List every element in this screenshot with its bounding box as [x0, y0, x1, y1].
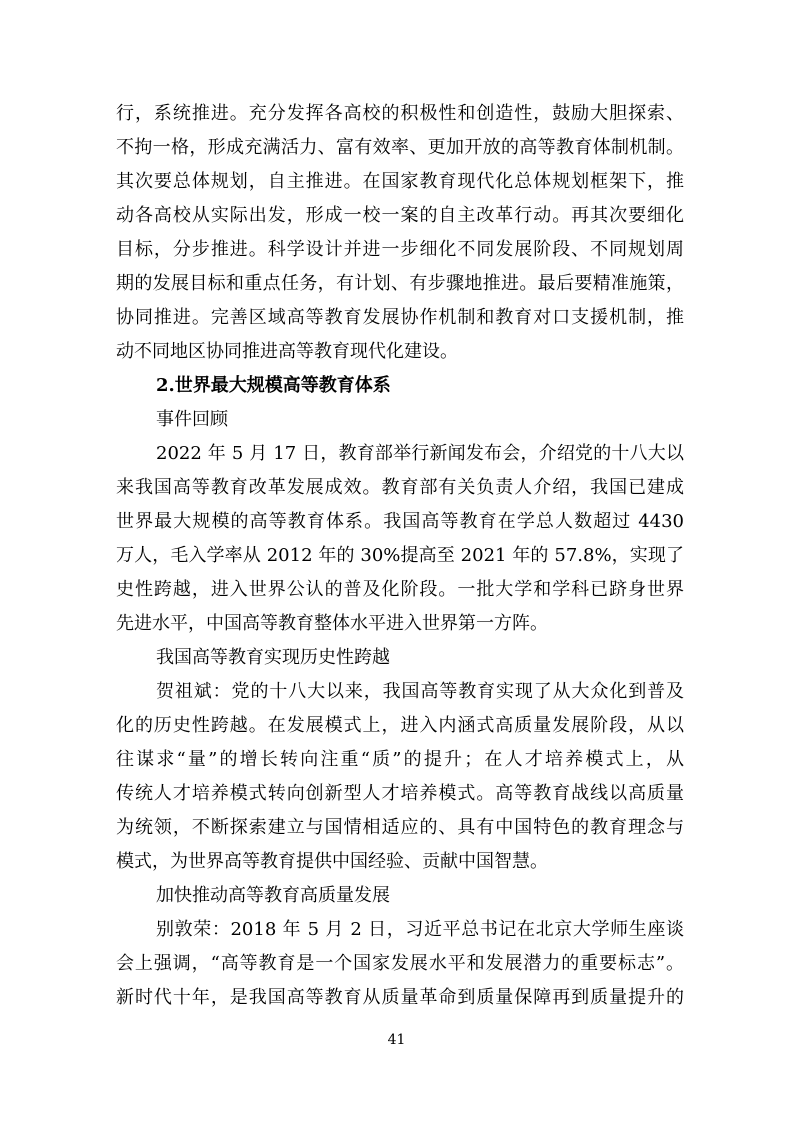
text-line: 往谋求“量”的增长转向注重“质”的提升；在人才培养模式上，从 [116, 743, 684, 777]
page-number: 41 [0, 1030, 793, 1050]
text-line: 期的发展目标和重点任务，有计划、有步骤地推进。最后要精准施策， [116, 267, 684, 301]
text-line: 贺祖斌：党的十八大以来，我国高等教育实现了从大众化到普及 [116, 675, 684, 709]
text-line: 事件回顾 [116, 403, 684, 437]
text-line: 为统领，不断探索建立与国情相适应的、具有中国特色的教育理念与 [116, 811, 684, 845]
text-line: 化的历史性跨越。在发展模式上，进入内涵式高质量发展阶段，从以 [116, 709, 684, 743]
text-line: 协同推进。完善区域高等教育发展协作机制和教育对口支援机制，推 [116, 301, 684, 335]
text-line: 2022 年 5 月 17 日，教育部举行新闻发布会，介绍党的十八大以 [116, 437, 684, 471]
text-line: 别敦荣：2018 年 5 月 2 日，习近平总书记在北京大学师生座谈 [116, 913, 684, 947]
text-line: 动各高校从实际出发，形成一校一案的自主改革行动。再其次要细化 [116, 199, 684, 233]
text-line: 动不同地区协同推进高等教育现代化建设。 [116, 335, 684, 369]
text-line: 史性跨越，进入世界公认的普及化阶段。一批大学和学科已跻身世界 [116, 573, 684, 607]
text-line: 行，系统推进。充分发挥各高校的积极性和创造性，鼓励大胆探索、 [116, 97, 684, 131]
text-line: 目标，分步推进。科学设计并进一步细化不同发展阶段、不同规划周 [116, 233, 684, 267]
text-line: 先进水平，中国高等教育整体水平进入世界第一方阵。 [116, 607, 684, 641]
text-line: 模式，为世界高等教育提供中国经验、贡献中国智慧。 [116, 845, 684, 879]
text-line: 传统人才培养模式转向创新型人才培养模式。高等教育战线以高质量 [116, 777, 684, 811]
page-content: 行，系统推进。充分发挥各高校的积极性和创造性，鼓励大胆探索、不拘一格，形成充满活… [116, 97, 684, 1015]
section-heading: 2.世界最大规模高等教育体系 [116, 369, 684, 403]
text-line: 世界最大规模的高等教育体系。我国高等教育在学总人数超过 4430 [116, 505, 684, 539]
text-line: 新时代十年，是我国高等教育从质量革命到质量保障再到质量提升的 [116, 981, 684, 1015]
text-line: 加快推动高等教育高质量发展 [116, 879, 684, 913]
text-line: 不拘一格，形成充满活力、富有效率、更加开放的高等教育体制机制。 [116, 131, 684, 165]
text-line: 会上强调，“高等教育是一个国家发展水平和发展潜力的重要标志”。 [116, 947, 684, 981]
text-line: 其次要总体规划，自主推进。在国家教育现代化总体规划框架下，推 [116, 165, 684, 199]
text-line: 我国高等教育实现历史性跨越 [116, 641, 684, 675]
document-page: 行，系统推进。充分发挥各高校的积极性和创造性，鼓励大胆探索、不拘一格，形成充满活… [0, 0, 793, 1122]
text-line: 万人，毛入学率从 2012 年的 30%提高至 2021 年的 57.8%，实现… [116, 539, 684, 573]
text-line: 来我国高等教育改革发展成效。教育部有关负责人介绍，我国已建成 [116, 471, 684, 505]
